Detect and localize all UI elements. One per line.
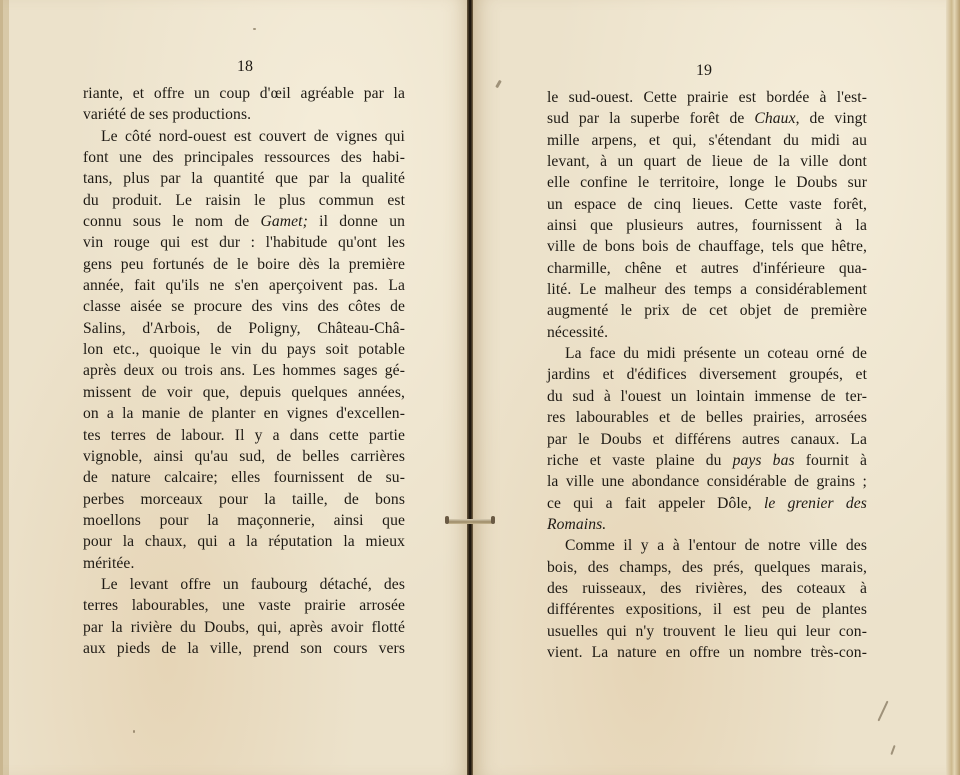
book-spread: 18 riante, et offre un coup d'œil agréab… xyxy=(0,0,960,775)
text-line: vient. La nature en offre un nombre très… xyxy=(547,642,867,663)
text-line: année, fait qu'ils ne s'en aperçoivent p… xyxy=(83,275,405,296)
text-line: charmille, chêne et autres d'inférieure … xyxy=(547,258,867,279)
text-line: vin rouge qui est dur : l'habitude qu'on… xyxy=(83,232,405,253)
text-line: gens peu fortunés de le boire dès la pre… xyxy=(83,254,405,275)
text-line: augmenté le prix de cet objet de premièr… xyxy=(547,300,867,321)
text-line: aux pieds de la ville, prend son cours v… xyxy=(83,638,405,659)
italic-phrase: Gamet; xyxy=(261,213,308,230)
text-line: tans, plus par la quantité que par la qu… xyxy=(83,168,405,189)
text-line: lité. Le malheur des temps a considérabl… xyxy=(547,279,867,300)
paper-speck xyxy=(495,80,502,88)
text-line: Le côté nord-ouest est couvert de vignes… xyxy=(83,126,405,147)
text-line: Le levant offre un faubourg détaché, des xyxy=(83,574,405,595)
text-line: levant, à un quart de lieue de la ville … xyxy=(547,151,867,172)
paper-tear-mark xyxy=(877,701,888,722)
paper-speck xyxy=(253,28,256,30)
text-line: font une des principales ressources des … xyxy=(83,147,405,168)
page-number: 18 xyxy=(215,58,275,76)
text-line: de nature calcaire; elles fournissent de… xyxy=(83,467,405,488)
text-line: mille arpens, et qui, s'étendant du midi… xyxy=(547,130,867,151)
text-line: le sud-ouest. Cette prairie est bordée à… xyxy=(547,87,867,108)
text-line: un espace de cinq lieues. Cette vaste fo… xyxy=(547,194,867,215)
left-page: 18 riante, et offre un coup d'œil agréab… xyxy=(0,0,471,775)
text-line: du produit. Le raisin le plus commun est xyxy=(83,190,405,211)
text-line: pour la chaux, qui a la réputation la mi… xyxy=(83,531,405,552)
text-line: ainsi que plusieurs autres, fournissent … xyxy=(547,215,867,236)
text-line: lon etc., quoique le vin du pays soit po… xyxy=(83,339,405,360)
text-line: Romains. xyxy=(547,514,867,535)
text-run: ce qui a fait appeler Dôle, xyxy=(547,495,764,512)
text-line: nécessité. xyxy=(547,322,867,343)
text-line: riante, et offre un coup d'œil agréable … xyxy=(83,83,405,104)
text-line: tes terres de labour. Il y a dans cette … xyxy=(83,425,405,446)
italic-phrase: Chaux xyxy=(754,110,795,127)
text-run: sud par la superbe forêt de xyxy=(547,110,754,127)
page-text: riante, et offre un coup d'œil agréable … xyxy=(83,83,405,659)
text-line: variété de ses productions. xyxy=(83,104,405,125)
right-page: 19 le sud-ouest. Cette prairie est bordé… xyxy=(472,0,960,775)
text-line: perbes morceaux pour la taille, de bons xyxy=(83,489,405,510)
italic-phrase: le grenier des xyxy=(764,495,867,512)
text-line: après deux ou trois ans. Les hommes sage… xyxy=(83,360,405,381)
text-line: elle confine le territoire, longe le Dou… xyxy=(547,172,867,193)
page-text: le sud-ouest. Cette prairie est bordée à… xyxy=(547,87,867,663)
text-line: terres labourables, une vaste prairie ar… xyxy=(83,595,405,616)
binding-hole xyxy=(445,516,449,524)
page-number: 19 xyxy=(674,62,734,80)
text-line: bois, des champs, des prés, quelques mar… xyxy=(547,557,867,578)
text-line: connu sous le nom de Gamet; il donne un xyxy=(83,211,405,232)
text-line: la ville une abondance considérable de g… xyxy=(547,471,867,492)
text-run: il donne un xyxy=(308,213,405,230)
text-line: on a la manie de planter en vignes d'exc… xyxy=(83,403,405,424)
text-line: classe aisée se procure des vins des côt… xyxy=(83,296,405,317)
text-run: connu sous le nom de xyxy=(83,213,261,230)
paper-tear-mark xyxy=(890,745,895,755)
text-run: fournit à xyxy=(795,452,867,469)
text-line: par la rivière du Doubs, qui, après avoi… xyxy=(83,617,405,638)
text-line: vignoble, ainsi qu'au sud, de belles car… xyxy=(83,446,405,467)
text-line: par le Doubs et différens autres canaux.… xyxy=(547,429,867,450)
paper-speck xyxy=(133,730,135,733)
italic-phrase: pays bas xyxy=(733,452,795,469)
binding-hole xyxy=(491,516,495,524)
text-line: des ruisseaux, des rivières, des coteaux… xyxy=(547,578,867,599)
text-line: Salins, d'Arbois, de Poligny, Château-Ch… xyxy=(83,318,405,339)
text-line: jardins et d'édifices diversement groupé… xyxy=(547,364,867,385)
text-line: sud par la superbe forêt de Chaux, de vi… xyxy=(547,108,867,129)
text-line: ce qui a fait appeler Dôle, le grenier d… xyxy=(547,493,867,514)
text-line: du sud à l'ouest un lointain immense de … xyxy=(547,386,867,407)
text-line: usuelles qui n'y trouvent le lieu qui le… xyxy=(547,621,867,642)
text-line: missent de voir que, depuis quelques ann… xyxy=(83,382,405,403)
text-line: ville de bons bois de chauffage, tels qu… xyxy=(547,236,867,257)
text-line: moellons pour la maçonnerie, ainsi que xyxy=(83,510,405,531)
text-line: méritée. xyxy=(83,553,405,574)
text-line: riche et vaste plaine du pays bas fourni… xyxy=(547,450,867,471)
book-gutter xyxy=(467,0,473,775)
text-line: différentes expositions, il est peu de p… xyxy=(547,599,867,620)
italic-phrase: Romains. xyxy=(547,516,606,533)
text-line: Comme il y a à l'entour de notre ville d… xyxy=(547,535,867,556)
binding-thread xyxy=(447,519,493,524)
text-run: riche et vaste plaine du xyxy=(547,452,733,469)
text-line: La face du midi présente un coteau orné … xyxy=(547,343,867,364)
text-line: res labourables et de belles prairies, a… xyxy=(547,407,867,428)
text-run: , de vingt xyxy=(796,110,867,127)
